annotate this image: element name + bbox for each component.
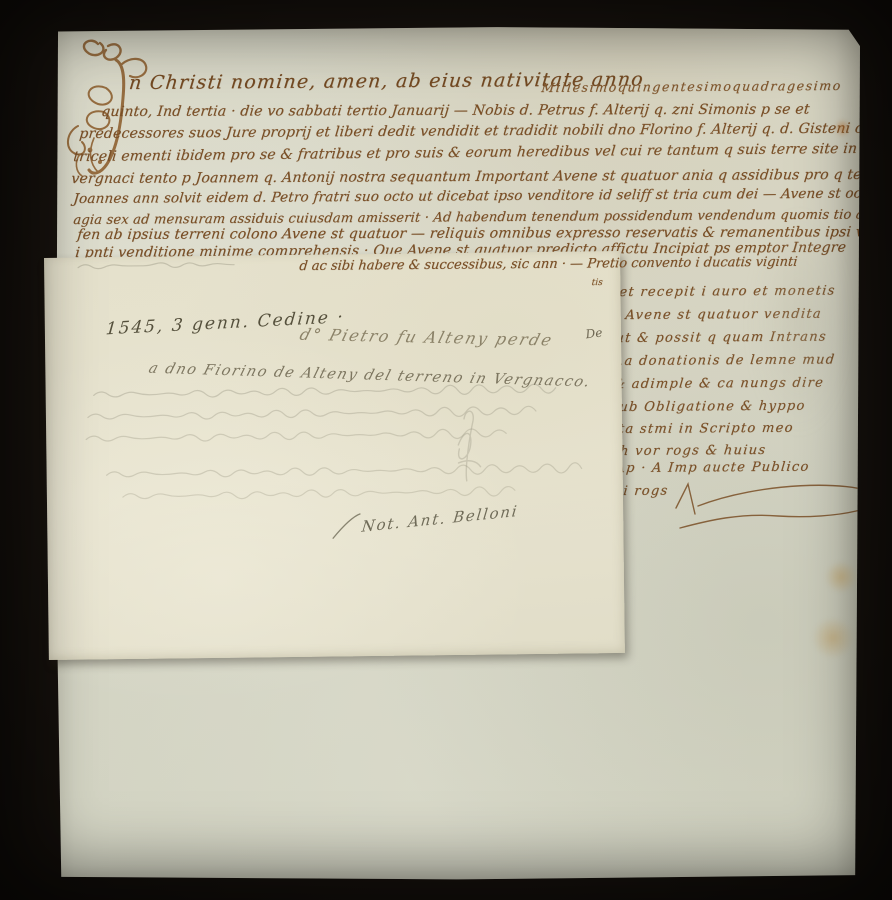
signature-flourish: [328, 512, 364, 541]
manuscript-line-1b: Millesimoquingentesimoquadragesimo: [541, 80, 843, 95]
manuscript-line: Joannes ann solvit eidem d. Petro fratri…: [73, 187, 892, 206]
photograph-background: n Christi nomine, amen, ab eius nativita…: [0, 0, 892, 900]
manuscript-line: triceli ementi ibidem pro se & fratribus…: [73, 141, 892, 164]
right-column-line: ch vor rogs & huius: [611, 444, 767, 458]
notary-pen-flourish: [650, 470, 892, 540]
stain: [824, 562, 858, 592]
manuscript-line: vergnaci tento p Joannem q. Antonij nost…: [71, 168, 892, 186]
stain: [754, 212, 844, 432]
note-date-line-continuation: d° Pietro fu Alteny perde: [298, 325, 556, 350]
note-second-line: a dno Fiorino de Alteny del terreno in V…: [147, 361, 593, 391]
right-column-line: lta stmi in Scripto meo: [613, 422, 795, 436]
signature-text: Not. Ant. Belloni: [361, 502, 520, 536]
manuscript-line: predecessores suos Jure proprij et liber…: [79, 121, 892, 141]
manuscript-line: quinto, Ind tertia · die vo sabbati tert…: [101, 103, 811, 119]
interline-correction: tis: [591, 278, 603, 288]
note-edge-mark: De: [585, 325, 603, 341]
archival-note-slip: 1545, 3 genn. Cedine · d° Pietro fu Alte…: [44, 251, 625, 660]
stain: [812, 618, 854, 658]
stain: [836, 118, 849, 138]
notary-signature: Not. Ant. Belloni: [328, 496, 521, 541]
